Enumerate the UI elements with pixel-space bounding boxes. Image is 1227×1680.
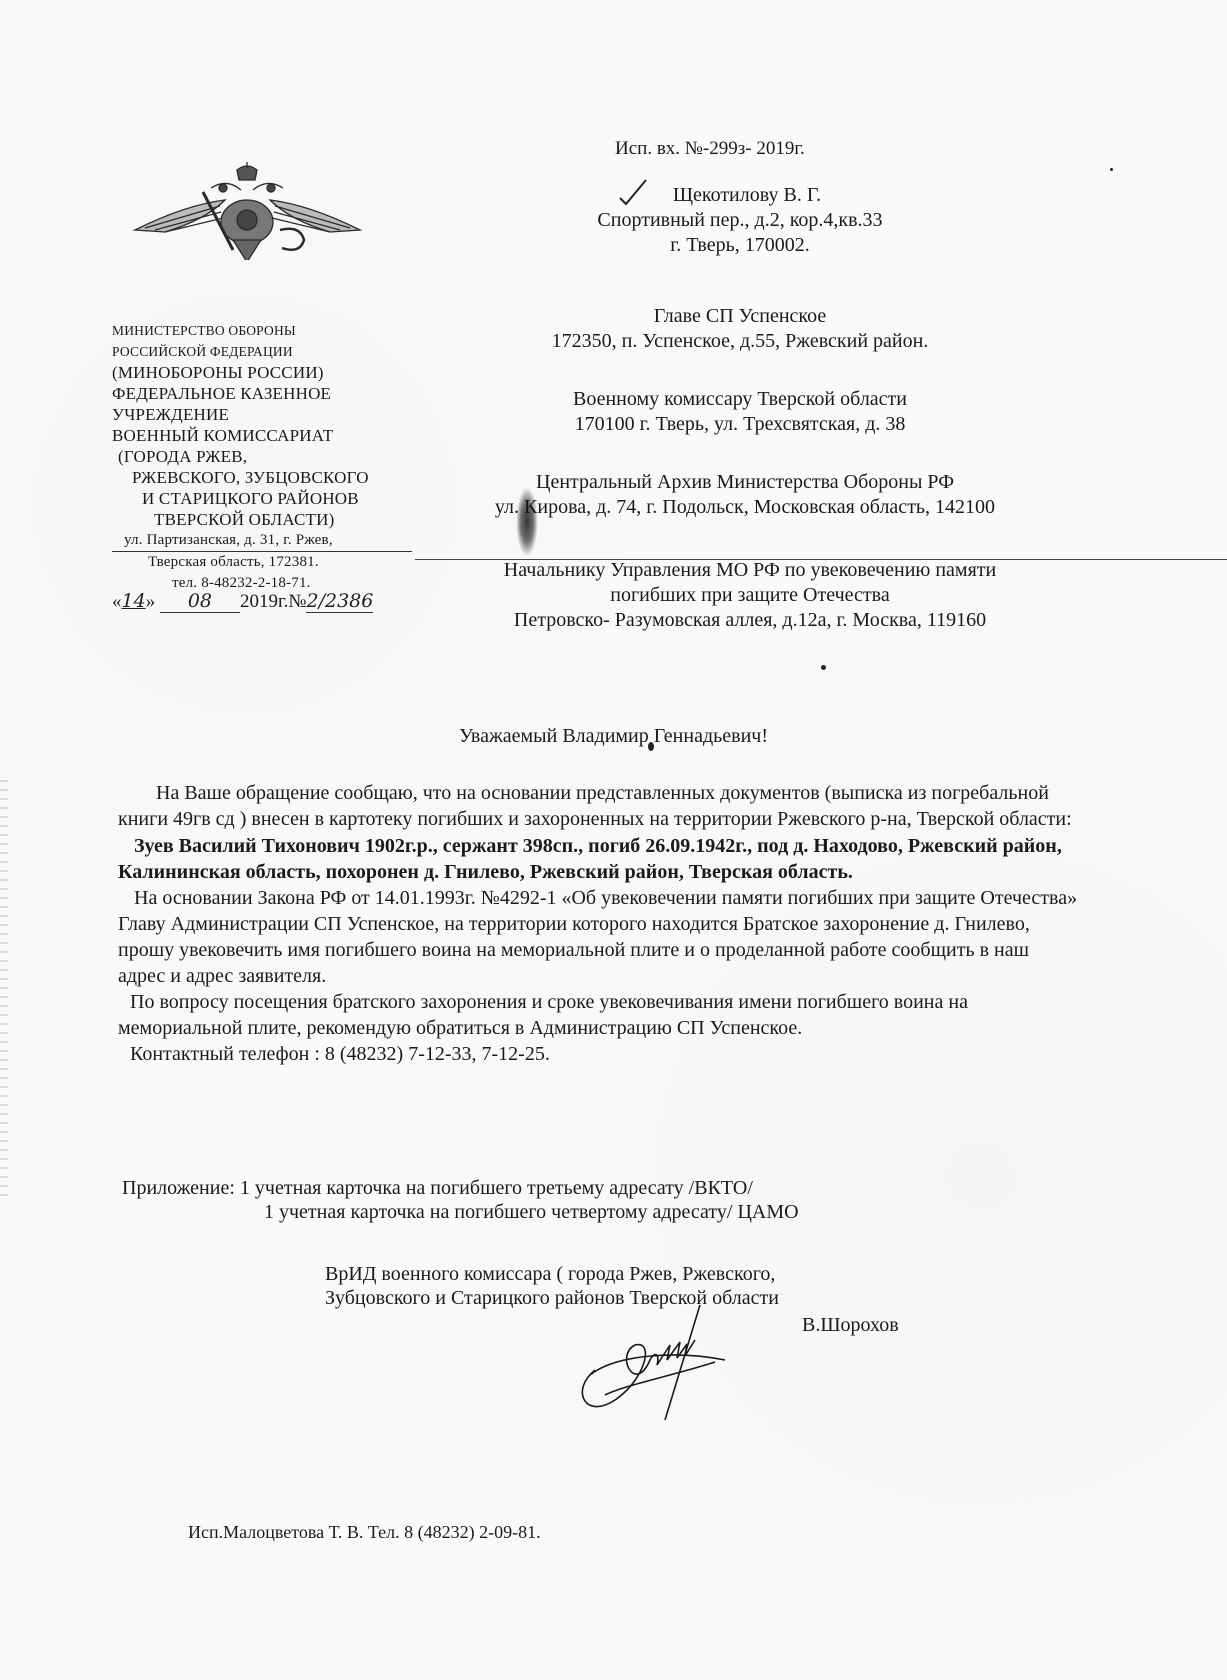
attachment-block: Приложение: 1 учетная карточка на погибш… [122, 1176, 799, 1224]
recipient-address: Петровско- Разумовская аллея, д.12а, г. … [420, 608, 1080, 633]
outgoing-date-number: «14» 082019г.№2/2386 [112, 590, 373, 613]
org-address-line: Тверская область, 172381. [112, 552, 412, 573]
attachment-label: Приложение: [122, 1177, 235, 1199]
incoming-reference: Исп. вх. №-299з- 2019г. [615, 138, 805, 160]
body-paragraph-visit-info: По вопросу посещения братского захоронен… [118, 989, 1078, 1041]
handwritten-month: 08 [160, 590, 240, 613]
recipient-2: Главе СП Успенское 172350, п. Успенское,… [410, 304, 1070, 354]
recipient-5: Начальнику Управления МО РФ по увековече… [420, 558, 1080, 633]
double-headed-eagle-emblem-icon [125, 140, 370, 260]
recipient-4: Центральный Архив Министерства Обороны Р… [415, 470, 1075, 520]
recipient-1: Щекотилову В. Г. Спортивный пер., д.2, к… [410, 183, 1070, 258]
recipient-address: г. Тверь, 170002. [410, 233, 1070, 258]
org-line: ФЕДЕРАЛЬНОЕ КАЗЕННОЕ [112, 383, 412, 404]
letter-page: МИНИСТЕРСТВО ОБОРОНЫ РОССИЙСКОЙ ФЕДЕРАЦИ… [0, 0, 1227, 1680]
contact-phone: Контактный телефон : 8 (48232) 7-12-33, … [118, 1041, 1078, 1067]
org-line: УЧРЕЖДЕНИЕ [112, 404, 412, 425]
org-line: МИНИСТЕРСТВО ОБОРОНЫ [112, 320, 412, 341]
scan-speck [1110, 168, 1113, 171]
executor-contact: Исп.Малоцветова Т. В. Тел. 8 (48232) 2-0… [188, 1522, 541, 1543]
recipient-3: Военному комиссару Тверской области 1701… [410, 387, 1070, 437]
letter-body: На Ваше обращение сообщаю, что на основа… [118, 780, 1078, 1067]
org-line: РЖЕВСКОГО, ЗУБЦОВСКОГО [112, 467, 412, 488]
scan-speck [821, 665, 826, 670]
year: 2019г. [240, 591, 288, 612]
ink-smudge [516, 487, 538, 557]
recipient-name: Военному комиссару Тверской области [410, 387, 1070, 412]
scan-speck [648, 742, 654, 751]
recipient-name: Главе СП Успенское [410, 304, 1070, 329]
recipient-address: погибших при защите Отечества [420, 583, 1080, 608]
recipient-name: Начальнику Управления МО РФ по увековече… [420, 558, 1080, 583]
recipient-name: Щекотилову В. Г. [410, 183, 1070, 208]
org-line: (ГОРОДА РЖЕВ, [112, 446, 412, 467]
body-paragraph-request: На основании Закона РФ от 14.01.1993г. №… [118, 885, 1078, 989]
recipient-address: Спортивный пер., д.2, кор.4,кв.33 [410, 208, 1070, 233]
org-line: ВОЕННЫЙ КОМИССАРИАТ [112, 425, 412, 446]
handwritten-signature-icon [575, 1300, 730, 1430]
handwritten-outgoing-number: 2/2386 [306, 590, 373, 613]
sender-organization-block: МИНИСТЕРСТВО ОБОРОНЫ РОССИЙСКОЙ ФЕДЕРАЦИ… [112, 320, 412, 594]
recipient-address: 172350, п. Успенское, д.55, Ржевский рай… [410, 329, 1070, 354]
salutation: Уважаемый Владимир Геннадьевич! [0, 725, 1227, 748]
org-address-line: ул. Партизанская, д. 31, г. Ржев, [112, 530, 412, 552]
org-line: (МИНОБОРОНЫ РОССИИ) [112, 362, 412, 383]
org-line: И СТАРИЦКОГО РАЙОНОВ [112, 488, 412, 509]
handwritten-day: 14 [122, 590, 146, 612]
body-paragraph-intro: На Ваше обращение сообщаю, что на основа… [118, 780, 1078, 832]
attachment-item: 1 учетная карточка на погибшего третьему… [240, 1177, 753, 1199]
signer-name: В.Шорохов [802, 1314, 899, 1337]
org-line: ТВЕРСКОЙ ОБЛАСТИ) [112, 509, 412, 530]
recipient-name: Центральный Архив Министерства Обороны Р… [415, 470, 1075, 495]
scan-edge-artifact [0, 780, 8, 1200]
recipient-address: ул. Кирова, д. 74, г. Подольск, Московск… [415, 495, 1075, 520]
signer-title-line: ВрИД военного комиссара ( города Ржев, Р… [325, 1262, 779, 1286]
attachment-item: 1 учетная карточка на погибшего четверто… [122, 1200, 799, 1224]
body-paragraph-deceased-record: Зуев Василий Тихонович 1902г.р., сержант… [118, 833, 1078, 885]
org-line: РОССИЙСКОЙ ФЕДЕРАЦИИ [112, 341, 412, 362]
recipient-address: 170100 г. Тверь, ул. Трехсвятская, д. 38 [410, 412, 1070, 437]
